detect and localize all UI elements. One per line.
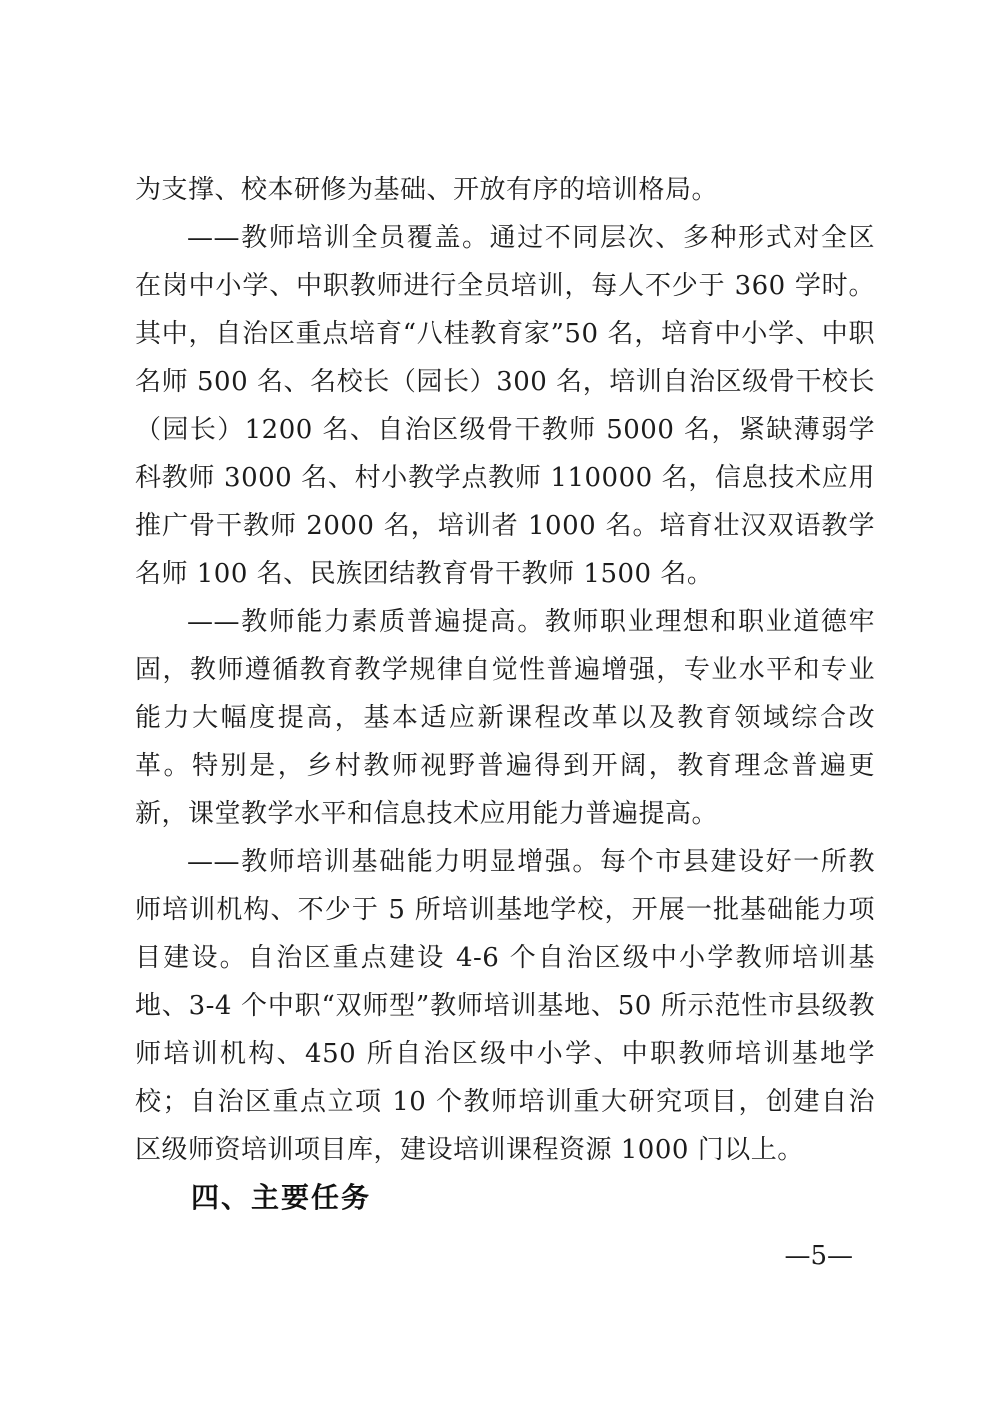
page-number: —5— <box>784 1238 853 1274</box>
body-paragraph-training-capacity-enhancement: ——教师培训基础能力明显增强。每个市县建设好一所教师培训机构、不少于 5 所培训… <box>135 838 875 1174</box>
document-page-body: 为支撑、校本研修为基础、开放有序的培训格局。 ——教师培训全员覆盖。通过不同层次… <box>135 166 875 1222</box>
body-paragraph-teacher-quality-improvement: ——教师能力素质普遍提高。教师职业理想和职业道德牢固，教师遵循教育教学规律自觉性… <box>135 598 875 838</box>
body-paragraph-teacher-training-coverage: ——教师培训全员覆盖。通过不同层次、多种形式对全区在岗中小学、中职教师进行全员培… <box>135 214 875 598</box>
body-paragraph-continuation: 为支撑、校本研修为基础、开放有序的培训格局。 <box>135 166 875 214</box>
section-heading-main-tasks: 四、主要任务 <box>135 1174 875 1222</box>
